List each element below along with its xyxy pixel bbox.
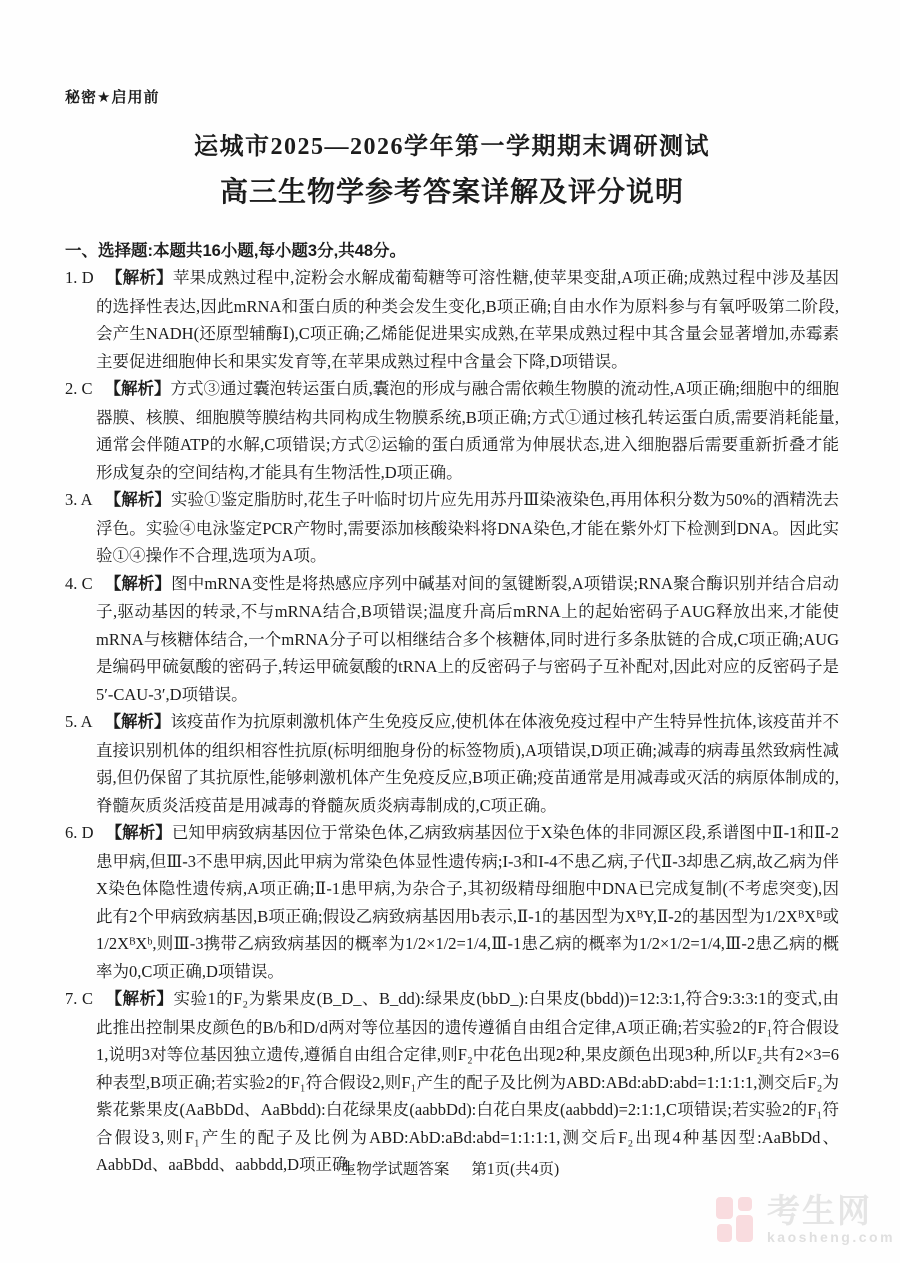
question-number-answer: 5. A xyxy=(65,712,93,731)
page-content: 运城市2025—2026学年第一学期期末调研测试 高三生物学参考答案详解及评分说… xyxy=(0,0,900,1179)
page-title: 高三生物学参考答案详解及评分说明 xyxy=(65,170,839,210)
question-number-answer: 1. D xyxy=(65,268,94,287)
analysis-text: 苹果成熟过程中,淀粉会水解成葡萄糖等可溶性糖,使苹果变甜,A项正确;成熟过程中涉… xyxy=(96,268,839,371)
footer-doc-name: 生物学试题答案 xyxy=(341,1161,450,1178)
answer-item-2: 2. C【解析】方式③通过囊泡转运蛋白质,囊泡的形成与融合需依赖生物膜的流动性,… xyxy=(65,375,839,486)
logo-block-top-left xyxy=(716,1197,733,1219)
analysis-label: 【解析】 xyxy=(105,380,171,398)
analysis-label: 【解析】 xyxy=(106,824,172,842)
logo-block-bottom-left xyxy=(717,1224,732,1242)
question-number-answer: 2. C xyxy=(65,379,93,398)
page-footer: 生物学试题答案第1页(共4页) xyxy=(0,1157,900,1179)
analysis-label: 【解析】 xyxy=(105,990,173,1008)
analysis-text: 图中mRNA变性是将热感应序列中碱基对间的氢键断裂,A项错误;RNA聚合酶识别并… xyxy=(96,574,839,704)
exam-answer-page: 秘密★启用前 运城市2025—2026学年第一学期期末调研测试 高三生物学参考答… xyxy=(0,0,900,1263)
question-number-answer: 3. A xyxy=(65,490,93,509)
analysis-label: 【解析】 xyxy=(105,575,172,593)
analysis-text: 方式③通过囊泡转运蛋白质,囊泡的形成与融合需依赖生物膜的流动性,A项正确;细胞中… xyxy=(96,379,839,482)
analysis-label: 【解析】 xyxy=(106,269,173,287)
answer-item-1: 1. D【解析】苹果成熟过程中,淀粉会水解成葡萄糖等可溶性糖,使苹果变甜,A项正… xyxy=(65,264,839,375)
analysis-text: 实验1的F₂为紫果皮(B_D_、B_dd):绿果皮(bbD_):白果皮(bbdd… xyxy=(96,989,839,1174)
analysis-text: 实验①鉴定脂肪时,花生子叶临时切片应先用苏丹Ⅲ染液染色,再用体积分数为50%的酒… xyxy=(96,490,839,565)
logo-block-top-right xyxy=(738,1197,752,1211)
kaosheng-watermark: 考生网 kaosheng.com xyxy=(714,1194,895,1245)
footer-page-number: 第1页(共4页) xyxy=(471,1161,559,1178)
answer-item-5: 5. A【解析】该疫苗作为抗原刺激机体产生免疫反应,使机体在体液免疫过程中产生特… xyxy=(65,708,839,819)
answer-item-3: 3. A【解析】实验①鉴定脂肪时,花生子叶临时切片应先用苏丹Ⅲ染液染色,再用体积… xyxy=(65,486,839,570)
watermark-site-name: 考生网 xyxy=(767,1194,895,1227)
answer-item-4: 4. C【解析】图中mRNA变性是将热感应序列中碱基对间的氢键断裂,A项错误;R… xyxy=(65,570,839,709)
logo-block-bottom-right xyxy=(736,1215,753,1242)
question-number-answer: 6. D xyxy=(65,823,94,842)
kaosheng-logo-icon xyxy=(714,1194,754,1242)
classification-label: 秘密★启用前 xyxy=(65,86,159,107)
answer-item-6: 6. D【解析】已知甲病致病基因位于常染色体,乙病致病基因位于X染色体的非同源区… xyxy=(65,819,839,985)
watermark-site-url: kaosheng.com xyxy=(767,1229,895,1245)
section-heading: 一、选择题:本题共16小题,每小题3分,共48分。 xyxy=(65,237,839,261)
analysis-text: 已知甲病致病基因位于常染色体,乙病致病基因位于X染色体的非同源区段,系谱图中Ⅱ-… xyxy=(96,823,839,981)
answer-item-7: 7. C【解析】实验1的F₂为紫果皮(B_D_、B_dd):绿果皮(bbD_):… xyxy=(65,985,839,1179)
analysis-text: 该疫苗作为抗原刺激机体产生免疫反应,使机体在体液免疫过程中产生特异性抗体,该疫苗… xyxy=(96,712,839,815)
question-number-answer: 7. C xyxy=(65,989,93,1008)
watermark-text-block: 考生网 kaosheng.com xyxy=(767,1194,895,1245)
exam-title: 运城市2025—2026学年第一学期期末调研测试 xyxy=(65,126,839,161)
answers-list: 1. D【解析】苹果成熟过程中,淀粉会水解成葡萄糖等可溶性糖,使苹果变甜,A项正… xyxy=(65,264,839,1179)
question-number-answer: 4. C xyxy=(65,574,93,593)
analysis-label: 【解析】 xyxy=(105,491,171,509)
analysis-label: 【解析】 xyxy=(105,713,171,731)
